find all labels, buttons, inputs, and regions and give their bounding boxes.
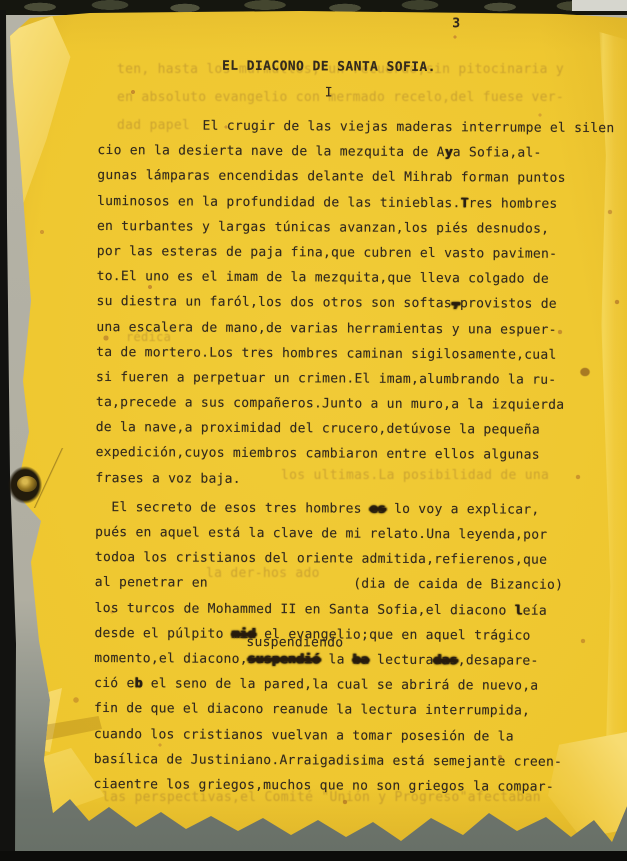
typed-line: los turcos de Mohammed II en Santa Sofia… bbox=[95, 596, 577, 624]
text-segment: frases a voz baja. bbox=[95, 471, 240, 487]
text-segment: basílica de Justiniano.Arraigadisima est… bbox=[94, 752, 563, 770]
text-segment: en turbantes y largas túnicas avanzan,lo… bbox=[97, 219, 549, 237]
text-segment: to.El uno es el imam de la mezquita,que … bbox=[97, 269, 549, 287]
text-segment: ciaentre los griegos,muchos que no son g… bbox=[94, 777, 554, 795]
text-segment: res hombres bbox=[469, 196, 558, 212]
typed-line: ta de mortero.Los tres hombres caminan s… bbox=[96, 340, 578, 368]
typed-line: en turbantes y largas túnicas avanzan,lo… bbox=[97, 214, 579, 242]
text-segment: por las esteras de paja fina,que cubren … bbox=[97, 244, 557, 262]
text-segment: su diestra un faról,los dos otros son so… bbox=[96, 294, 451, 311]
text-segment: cuando los cristianos vuelvan a tomar po… bbox=[94, 726, 514, 744]
corrected-text-segment: T bbox=[461, 196, 469, 211]
text-segment: de la nave,a proximidad del crucero,detú… bbox=[96, 420, 540, 438]
text-segment: provistos de bbox=[460, 297, 557, 313]
text-segment: al penetrar en (dia de caida de Bizancio… bbox=[95, 575, 564, 593]
paper-sheet: ten, hasta los murmullos, un recuerdo,si… bbox=[0, 0, 627, 861]
top-right-gray-edge bbox=[572, 0, 627, 11]
typed-line: frases a voz baja. bbox=[95, 466, 577, 494]
document-title: EL DIACONO DE SANTA SOFIA. bbox=[98, 58, 560, 76]
typed-line: una escalera de mano,de varias herramien… bbox=[96, 314, 578, 342]
crease-right-edge bbox=[595, 32, 627, 802]
text-segment: los turcos de Mohammed II en Santa Sofia… bbox=[95, 601, 515, 619]
text-segment: expedición,cuyos miembros cambiaron entr… bbox=[96, 445, 540, 463]
corrected-text-segment: suspendió bbox=[248, 652, 321, 667]
text-segment: una escalera de mano,de varias herramien… bbox=[96, 319, 556, 337]
text-segment: desde el púlpito bbox=[94, 626, 231, 642]
typed-lines: El crugir de las viejas maderas interrum… bbox=[93, 113, 579, 800]
text-segment: lo voy a explicar, bbox=[386, 502, 540, 518]
text-segment: el seno de la pared,la cual se abrirá de… bbox=[143, 676, 539, 693]
text-segment: momento,el diacono, bbox=[94, 651, 248, 667]
typed-line: ció eb el seno de la pared,la cual se ab… bbox=[94, 671, 576, 699]
text-segment: ta,precede a sus compañeros.Junto a un m… bbox=[96, 395, 565, 413]
typed-line: El crugir de las viejas maderas interrum… bbox=[98, 113, 580, 141]
bottom-scan-edge-strip bbox=[0, 851, 627, 861]
brass-fastener bbox=[8, 462, 46, 508]
text-segment: El secreto de esos tres hombres bbox=[95, 500, 370, 517]
corrected-text-segment: das bbox=[434, 653, 458, 668]
typed-line: cio en la desierta nave de la mezquita d… bbox=[97, 138, 579, 166]
typed-line: El secreto de esos tres hombres es lo vo… bbox=[95, 495, 577, 523]
typed-line: todoa los cristianos del oriente admitid… bbox=[95, 545, 577, 573]
typed-line: de la nave,a proximidad del crucero,detú… bbox=[96, 415, 578, 443]
text-segment: si fueren a perpetuar un crimen.El imam,… bbox=[96, 370, 556, 388]
section-numeral: I bbox=[98, 84, 560, 102]
typescript-block: 3 EL DIACONO DE SANTA SOFIA. I El crugir… bbox=[93, 58, 580, 800]
text-segment: gunas lámparas encendidas delante del Mi… bbox=[97, 168, 566, 186]
text-segment: eía bbox=[523, 603, 547, 618]
typed-line: al penetrar en (dia de caida de Bizancio… bbox=[95, 570, 577, 598]
typed-line: su diestra un faról,los dos otros son so… bbox=[96, 289, 578, 317]
typed-line: ta,precede a sus compañeros.Junto a un m… bbox=[96, 390, 578, 418]
typed-line: to.El uno es el imam de la mezquita,que … bbox=[97, 264, 579, 292]
typed-line: cuando los cristianos vuelvan a tomar po… bbox=[94, 721, 576, 749]
typed-line: fin de que el diacono reanude la lectura… bbox=[94, 696, 576, 724]
text-segment: El crugir de las viejas maderas interrum… bbox=[98, 118, 615, 136]
text-segment: ta de mortero.Los tres hombres caminan s… bbox=[96, 345, 556, 363]
text-segment: fin de que el diacono reanude la lectura… bbox=[94, 701, 530, 719]
typed-line: pués en aquel está la clave de mi relato… bbox=[95, 520, 577, 548]
text-segment: lectura bbox=[369, 653, 434, 668]
text-segment: cio en la desierta nave de la mezquita d… bbox=[97, 143, 444, 160]
scanned-manuscript-page: ten, hasta los murmullos, un recuerdo,si… bbox=[0, 0, 627, 861]
typed-line: expedición,cuyos miembros cambiaron entr… bbox=[96, 440, 578, 468]
text-segment: pués en aquel está la clave de mi relato… bbox=[95, 525, 547, 543]
text-segment: luminosos en la profundidad de las tinie… bbox=[97, 194, 461, 211]
typed-line: ciaentre los griegos,muchos que no son g… bbox=[93, 772, 575, 800]
corrected-text-segment: es bbox=[370, 501, 386, 516]
typed-line: gunas lámparas encendidas delante del Mi… bbox=[97, 163, 579, 191]
typed-line: luminosos en la profundidad de las tinie… bbox=[97, 189, 579, 217]
text-segment: suspendiendo bbox=[246, 636, 343, 650]
typed-line: basílica de Justiniano.Arraigadisima est… bbox=[94, 747, 576, 775]
typed-line: si fueren a perpetuar un crimen.El imam,… bbox=[96, 365, 578, 393]
text-segment: a Sofia,al- bbox=[453, 145, 542, 161]
text-segment: todoa los cristianos del oriente admitid… bbox=[95, 550, 547, 568]
corrected-text-segment: ba bbox=[353, 653, 369, 668]
text-segment: ció e bbox=[94, 676, 134, 691]
text-segment: ,desapare- bbox=[458, 653, 539, 668]
text-segment: la bbox=[320, 652, 352, 667]
typed-line: por las esteras de paja fina,que cubren … bbox=[97, 239, 579, 267]
fastener-eyelet bbox=[17, 476, 37, 492]
corrected-text-segment: l bbox=[515, 603, 523, 618]
page-number: 3 bbox=[452, 16, 460, 31]
